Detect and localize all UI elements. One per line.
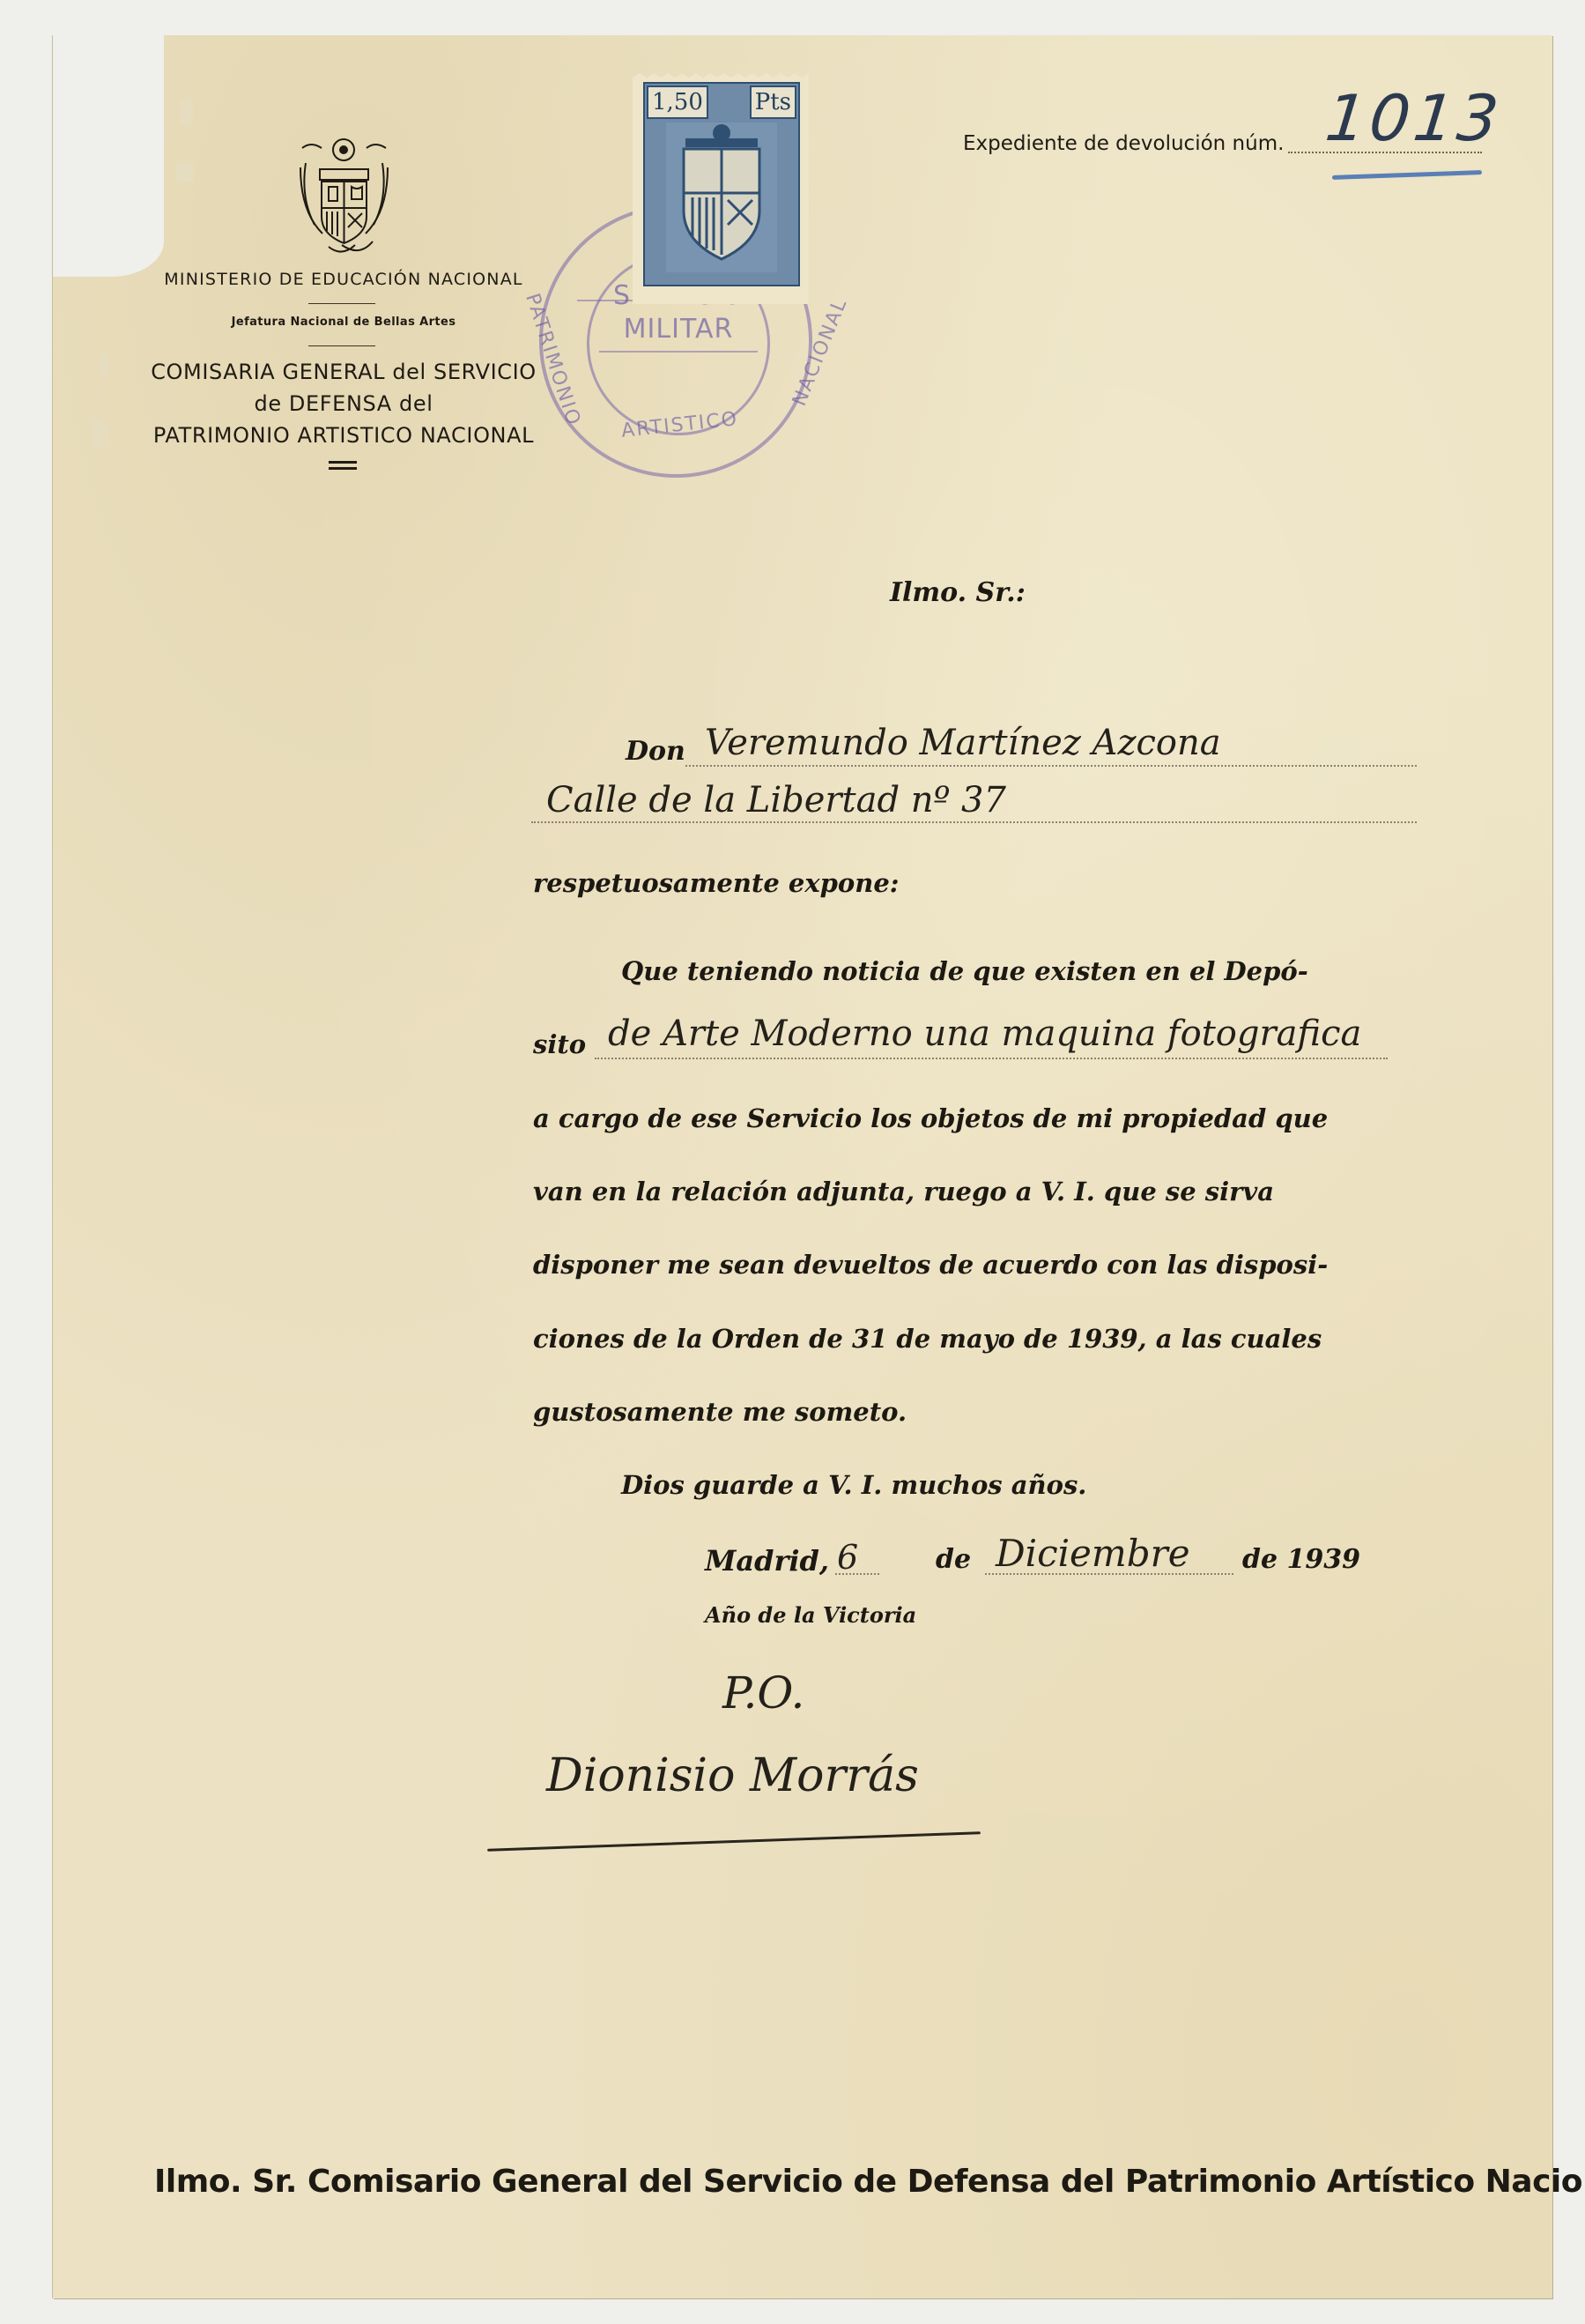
- torn-corner: [53, 33, 164, 277]
- seal-text-militar: MILITAR: [529, 314, 828, 345]
- don-prefix: Don: [626, 736, 685, 767]
- margin-perforation: [176, 163, 194, 182]
- body-line-2-printed: sito: [533, 1029, 586, 1059]
- file-reference-label: Expediente de devolución núm.: [963, 132, 1284, 155]
- stamp-value: 1,50: [647, 85, 708, 119]
- body-line-3: a cargo de ese Servicio los objetos de m…: [533, 1103, 1328, 1133]
- file-reference-number: 1013: [1322, 81, 1506, 155]
- closing-era: Año de la Victoria: [705, 1602, 916, 1628]
- stamp-currency: Pts: [750, 85, 796, 119]
- body-line-6: ciones de la Orden de 31 de mayo de 1939…: [533, 1324, 1322, 1354]
- closing-month: Diciembre: [996, 1532, 1190, 1575]
- margin-perforation: [181, 99, 193, 125]
- divider: [308, 345, 375, 346]
- double-rule: [329, 467, 357, 470]
- intro-text: respetuosamente expone:: [533, 868, 900, 898]
- revenue-stamp: 1,50 Pts: [633, 73, 809, 304]
- stamp-coat-of-arms-icon: [666, 123, 777, 272]
- name-dotted-line: [685, 765, 1417, 767]
- petitioner-name: Veremundo Martínez Azcona: [705, 723, 1221, 763]
- ministry-name: MINISTERIO DE EDUCACIÓN NACIONAL: [150, 270, 537, 289]
- commission-line-2: de DEFENSA del: [150, 391, 537, 416]
- commission-line-1: COMISARIA GENERAL del SERVICIO: [150, 360, 537, 384]
- closing-de: de: [936, 1544, 971, 1575]
- commission-line-3: PATRIMONIO ARTISTICO NACIONAL: [150, 423, 537, 448]
- closing-year: de 1939: [1242, 1544, 1360, 1575]
- body-line-1: Que teniendo noticia de que existen en e…: [621, 956, 1308, 986]
- coat-of-arms-icon: [293, 132, 395, 264]
- footer-addressee: Ilmo. Sr. Comisario General del Servicio…: [154, 2164, 1441, 2200]
- body-line-2-handwritten: de Arte Moderno una maquina fotografica: [608, 1014, 1361, 1054]
- margin-perforation: [92, 421, 106, 448]
- divider: [308, 303, 375, 304]
- address-dotted-line: [531, 821, 1417, 823]
- salutation: Ilmo. Sr.:: [890, 577, 1026, 608]
- body-line-4: van en la relación adjunta, ruego a V. I…: [533, 1177, 1274, 1207]
- body-line-5: disponer me sean devueltos de acuerdo co…: [533, 1250, 1328, 1280]
- deposit-dotted-line: [595, 1058, 1388, 1059]
- closing-place: Madrid,: [705, 1544, 829, 1578]
- signature-po: P.O.: [722, 1667, 804, 1719]
- margin-perforation: [99, 354, 109, 377]
- stamp-design: 1,50 Pts: [643, 82, 800, 286]
- double-rule: [329, 461, 357, 464]
- petitioner-address: Calle de la Libertad nº 37: [546, 780, 1006, 820]
- seal-rule: [599, 351, 758, 353]
- closing-day: 6: [837, 1538, 858, 1577]
- signature-name: Dionisio Morrás: [546, 1749, 919, 1802]
- department-name: Jefatura Nacional de Bellas Artes: [150, 316, 537, 329]
- body-line-7: gustosamente me someto.: [533, 1397, 907, 1427]
- closing-blessing: Dios guarde a V. I. muchos años.: [621, 1470, 1086, 1500]
